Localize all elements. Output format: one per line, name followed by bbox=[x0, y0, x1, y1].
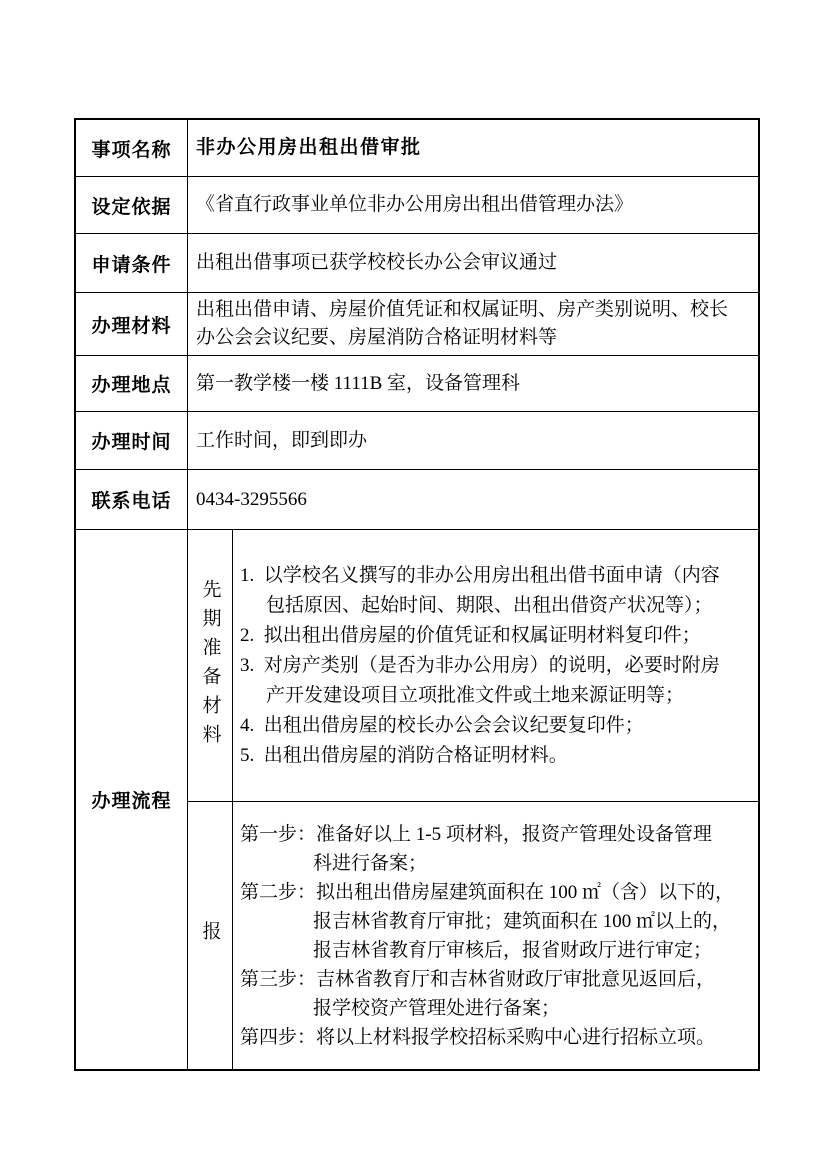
row-value-contact-phone: 0434-3295566 bbox=[188, 470, 758, 530]
process-report-header: 报 bbox=[188, 802, 233, 1069]
prep-item-2: 2. 拟出租出借房屋的价值凭证和权属证明材料复印件； bbox=[240, 621, 756, 651]
prep-item-1: 1. 以学校名义撰写的非办公用房出租出借书面申请（内容 包括原因、起始时间、期限… bbox=[240, 561, 756, 621]
report-step-4: 第四步：将以上材料报学校招标采购中心进行招标立项。 bbox=[240, 1023, 756, 1052]
process-report-content: 第一步：准备好以上 1-5 项材料，报资产管理处设备管理 科进行备案； 第二步：… bbox=[233, 802, 758, 1069]
row-value-legal-basis: 《省直行政事业单位非办公用房出租出借管理办法》 bbox=[188, 177, 758, 234]
procedure-table: 事项名称 非办公用房出租出借审批 设定依据 《省直行政事业单位非办公用房出租出借… bbox=[74, 118, 760, 1071]
process-prep-header-text: 先期准备材料 bbox=[197, 579, 224, 753]
process-prep-header: 先期准备材料 bbox=[188, 530, 233, 802]
row-value-handling-time: 工作时间，即到即办 bbox=[188, 412, 758, 470]
prep-item-4: 4. 出租出借房屋的校长办公会会议纪要复印件； bbox=[240, 711, 756, 741]
row-label-contact-phone: 联系电话 bbox=[76, 470, 188, 530]
report-step-3: 第三步：吉林省教育厅和吉林省财政厅审批意见返回后， 报学校资产管理处进行备案； bbox=[240, 965, 756, 1023]
document-page: 事项名称 非办公用房出租出借审批 设定依据 《省直行政事业单位非办公用房出租出借… bbox=[0, 0, 835, 1175]
process-report-header-text: 报 bbox=[197, 921, 224, 950]
row-label-process: 办理流程 bbox=[76, 530, 188, 1069]
row-value-application-conditions: 出租出借事项已获学校校长办公会审议通过 bbox=[188, 234, 758, 293]
prep-item-3: 3. 对房产类别（是否为非办公用房）的说明，必要时附房 产开发建设项目立项批准文… bbox=[240, 651, 756, 711]
report-step-1: 第一步：准备好以上 1-5 项材料，报资产管理处设备管理 科进行备案； bbox=[240, 820, 756, 878]
report-step-2: 第二步：拟出租出借房屋建筑面积在 100 ㎡（含）以下的， 报吉林省教育厅审批；… bbox=[240, 878, 756, 965]
row-value-item-name: 非办公用房出租出借审批 bbox=[188, 120, 758, 177]
row-label-handling-location: 办理地点 bbox=[76, 356, 188, 412]
row-label-handling-time: 办理时间 bbox=[76, 412, 188, 470]
row-value-handling-location: 第一教学楼一楼 1111B 室，设备管理科 bbox=[188, 356, 758, 412]
row-label-legal-basis: 设定依据 bbox=[76, 177, 188, 234]
process-prep-content: 1. 以学校名义撰写的非办公用房出租出借书面申请（内容 包括原因、起始时间、期限… bbox=[233, 530, 758, 802]
prep-item-5: 5. 出租出借房屋的消防合格证明材料。 bbox=[240, 741, 756, 771]
row-value-required-materials: 出租出借申请、房屋价值凭证和权属证明、房产类别说明、校长 办公会会议纪要、房屋消… bbox=[188, 293, 758, 356]
row-label-item-name: 事项名称 bbox=[76, 120, 188, 177]
row-label-required-materials: 办理材料 bbox=[76, 293, 188, 356]
row-label-application-conditions: 申请条件 bbox=[76, 234, 188, 293]
